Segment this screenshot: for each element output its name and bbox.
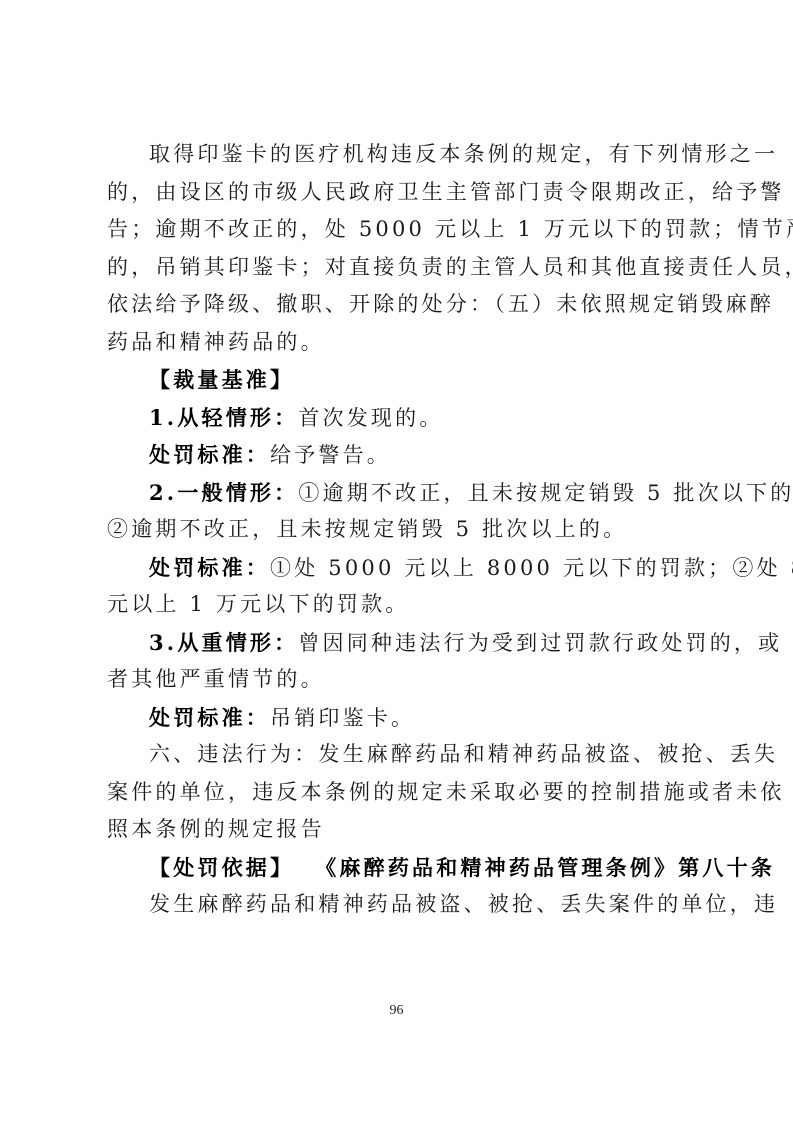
heavy-circumstance: 3.从重情形：曾因同种违法行为受到过罚款行政处罚的，或 — [107, 624, 693, 662]
text-line: 依法给予降级、撤职、开除的处分：（五）未依照规定销毁麻醉 — [107, 286, 693, 324]
general-penalty: 处罚标准：①处 5000 元以上 8000 元以下的罚款；②处 8000 — [107, 549, 693, 587]
heavy-penalty-text: 吊销印鉴卡。 — [270, 706, 415, 730]
general-circumstance-cont: ②逾期不改正，且未按规定销毁 5 批次以上的。 — [107, 511, 693, 549]
general-penalty-cont: 元以上 1 万元以下的罚款。 — [107, 586, 693, 624]
heavy-circumstance-cont: 者其他严重情节的。 — [107, 661, 693, 699]
general-text-1: ①逾期不改正，且未按规定销毁 5 批次以下的； — [298, 481, 793, 505]
heavy-penalty: 处罚标准：吊销印鉴卡。 — [107, 699, 693, 737]
light-penalty-text: 给予警告。 — [270, 443, 391, 467]
general-label: 2.一般情形： — [149, 480, 298, 505]
penalty-basis: 【处罚依据】 《麻醉药品和精神药品管理条例》第八十条 — [107, 849, 693, 887]
penalty-basis-label: 【处罚依据】 — [149, 855, 294, 880]
heavy-penalty-label: 处罚标准： — [149, 705, 270, 730]
text-line: 照本条例的规定报告 — [107, 811, 693, 849]
text-line: 案件的单位，违反本条例的规定未采取必要的控制措施或者未依 — [107, 774, 693, 812]
intro-paragraph: 取得印鉴卡的医疗机构违反本条例的规定，有下列情形之一 的，由设区的市级人民政府卫… — [107, 136, 693, 361]
document-page: 取得印鉴卡的医疗机构违反本条例的规定，有下列情形之一 的，由设区的市级人民政府卫… — [107, 136, 693, 924]
light-penalty: 处罚标准：给予警告。 — [107, 436, 693, 474]
general-circumstance: 2.一般情形：①逾期不改正，且未按规定销毁 5 批次以下的； — [107, 474, 693, 512]
text-line: 的，吊销其印鉴卡；对直接负责的主管人员和其他直接责任人员， — [107, 249, 693, 287]
light-penalty-label: 处罚标准： — [149, 442, 270, 467]
general-penalty-text-1: ①处 5000 元以上 8000 元以下的罚款；②处 8000 — [270, 556, 793, 580]
heavy-text-1: 曾因同种违法行为受到过罚款行政处罚的，或 — [298, 631, 782, 655]
text-line: 告；逾期不改正的，处 5000 元以上 1 万元以下的罚款；情节严重 — [107, 211, 693, 249]
light-circumstance: 1.从轻情形：首次发现的。 — [107, 399, 693, 437]
text-line: 的，由设区的市级人民政府卫生主管部门责令限期改正，给予警 — [107, 174, 693, 212]
final-line: 发生麻醉药品和精神药品被盗、被抢、丢失案件的单位，违 — [107, 886, 693, 924]
text-line: 六、违法行为：发生麻醉药品和精神药品被盗、被抢、丢失 — [107, 736, 693, 774]
section-six: 六、违法行为：发生麻醉药品和精神药品被盗、被抢、丢失 案件的单位，违反本条例的规… — [107, 736, 693, 849]
heavy-label: 3.从重情形： — [149, 630, 298, 655]
light-label: 1.从轻情形： — [149, 405, 298, 430]
light-text: 首次发现的。 — [298, 406, 443, 430]
text-line: 取得印鉴卡的医疗机构违反本条例的规定，有下列情形之一 — [107, 136, 693, 174]
discretion-heading: 【裁量基准】 — [107, 361, 693, 399]
general-penalty-label: 处罚标准： — [149, 555, 270, 580]
page-number: 96 — [0, 1003, 793, 1019]
text-line: 药品和精神药品的。 — [107, 324, 693, 362]
penalty-basis-text: 《麻醉药品和精神药品管理条例》第八十条 — [315, 855, 775, 880]
